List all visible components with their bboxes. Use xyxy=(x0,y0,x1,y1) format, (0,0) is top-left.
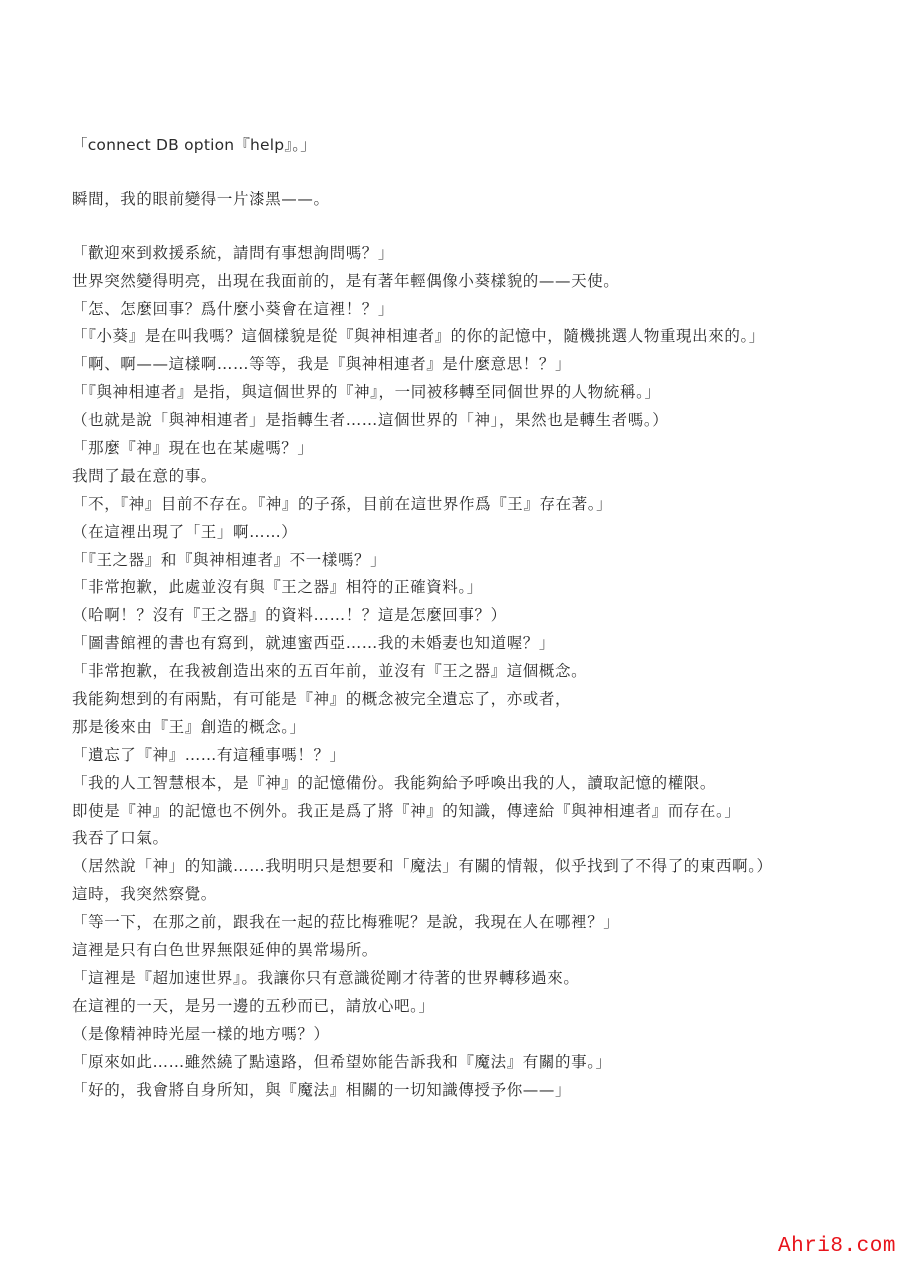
paragraph-line: 「那麼『神』現在也在某處嗎？」 xyxy=(72,435,852,463)
paragraph-line: （哈啊！？沒有『王之器』的資料……！？這是怎麼回事？） xyxy=(72,602,852,630)
paragraph-line: 我問了最在意的事。 xyxy=(72,463,852,491)
paragraph-line: 「原來如此……雖然繞了點遠路，但希望妳能告訴我和『魔法』有關的事。」 xyxy=(72,1049,852,1077)
paragraph-line: 「『與神相連者』是指，與這個世界的『神』，一同被移轉至同個世界的人物統稱。」 xyxy=(72,379,852,407)
paragraph-line: 「遺忘了『神』……有這種事嗎！？」 xyxy=(72,742,852,770)
document-page: 「connect DB option『help』。」 瞬間，我的眼前變得一片漆黑… xyxy=(72,132,852,1104)
paragraph-line: 「非常抱歉，此處並沒有與『王之器』相符的正確資料。」 xyxy=(72,574,852,602)
paragraph-gap xyxy=(72,160,852,186)
paragraph-line: 「connect DB option『help』。」 xyxy=(72,132,852,160)
paragraph-line: 那是後來由『王』創造的概念。」 xyxy=(72,714,852,742)
paragraph-line: 「『小葵』是在叫我嗎？這個樣貌是從『與神相連者』的你的記憶中，隨機挑選人物重現出… xyxy=(72,323,852,351)
paragraph-line: 「『王之器』和『與神相連者』不一樣嗎？」 xyxy=(72,547,852,575)
paragraph-line: 「等一下，在那之前，跟我在一起的菈比梅雅呢？是說，我現在人在哪裡？」 xyxy=(72,909,852,937)
paragraph-line: （是像精神時光屋一樣的地方嗎？） xyxy=(72,1021,852,1049)
paragraph-line: 「歡迎來到救援系統，請問有事想詢問嗎？」 xyxy=(72,240,852,268)
paragraph-line: 世界突然變得明亮，出現在我面前的，是有著年輕偶像小葵樣貌的——天使。 xyxy=(72,268,852,296)
paragraph-gap xyxy=(72,214,852,240)
site-watermark: Ahri8.com xyxy=(778,1235,896,1258)
paragraph-line: 我能夠想到的有兩點，有可能是『神』的概念被完全遺忘了，亦或者， xyxy=(72,686,852,714)
paragraph-line: 「不，『神』目前不存在。『神』的子孫，目前在這世界作爲『王』存在著。」 xyxy=(72,491,852,519)
paragraph-line: 我吞了口氣。 xyxy=(72,825,852,853)
paragraph-line: 這裡是只有白色世界無限延伸的異常場所。 xyxy=(72,937,852,965)
paragraph-line: 「好的，我會將自身所知，與『魔法』相關的一切知識傳授予你——」 xyxy=(72,1077,852,1105)
paragraph-line: 在這裡的一天，是另一邊的五秒而已，請放心吧。」 xyxy=(72,993,852,1021)
paragraph-line: 「圖書館裡的書也有寫到，就連蜜西亞……我的未婚妻也知道喔？」 xyxy=(72,630,852,658)
paragraph-line: 「怎、怎麼回事？爲什麼小葵會在這裡！？」 xyxy=(72,296,852,324)
paragraph-line: 這時，我突然察覺。 xyxy=(72,881,852,909)
paragraph-line: 「非常抱歉，在我被創造出來的五百年前，並沒有『王之器』這個概念。 xyxy=(72,658,852,686)
paragraph-line: 「這裡是『超加速世界』。我讓你只有意識從剛才待著的世界轉移過來。 xyxy=(72,965,852,993)
paragraph-line: 「啊、啊——這樣啊……等等，我是『與神相連者』是什麼意思！？」 xyxy=(72,351,852,379)
paragraph-line: （居然說「神」的知識……我明明只是想要和「魔法」有關的情報，似乎找到了不得了的東… xyxy=(72,853,852,881)
paragraph-line: 即使是『神』的記憶也不例外。我正是爲了將『神』的知識，傳達給『與神相連者』而存在… xyxy=(72,798,852,826)
paragraph-line: 「我的人工智慧根本，是『神』的記憶備份。我能夠給予呼喚出我的人，讀取記憶的權限。 xyxy=(72,770,852,798)
paragraph-line: （在這裡出現了「王」啊……） xyxy=(72,519,852,547)
paragraph-line: 瞬間，我的眼前變得一片漆黑——。 xyxy=(72,186,852,214)
paragraph-line: （也就是說「與神相連者」是指轉生者……這個世界的「神」，果然也是轉生者嗎。） xyxy=(72,407,852,435)
